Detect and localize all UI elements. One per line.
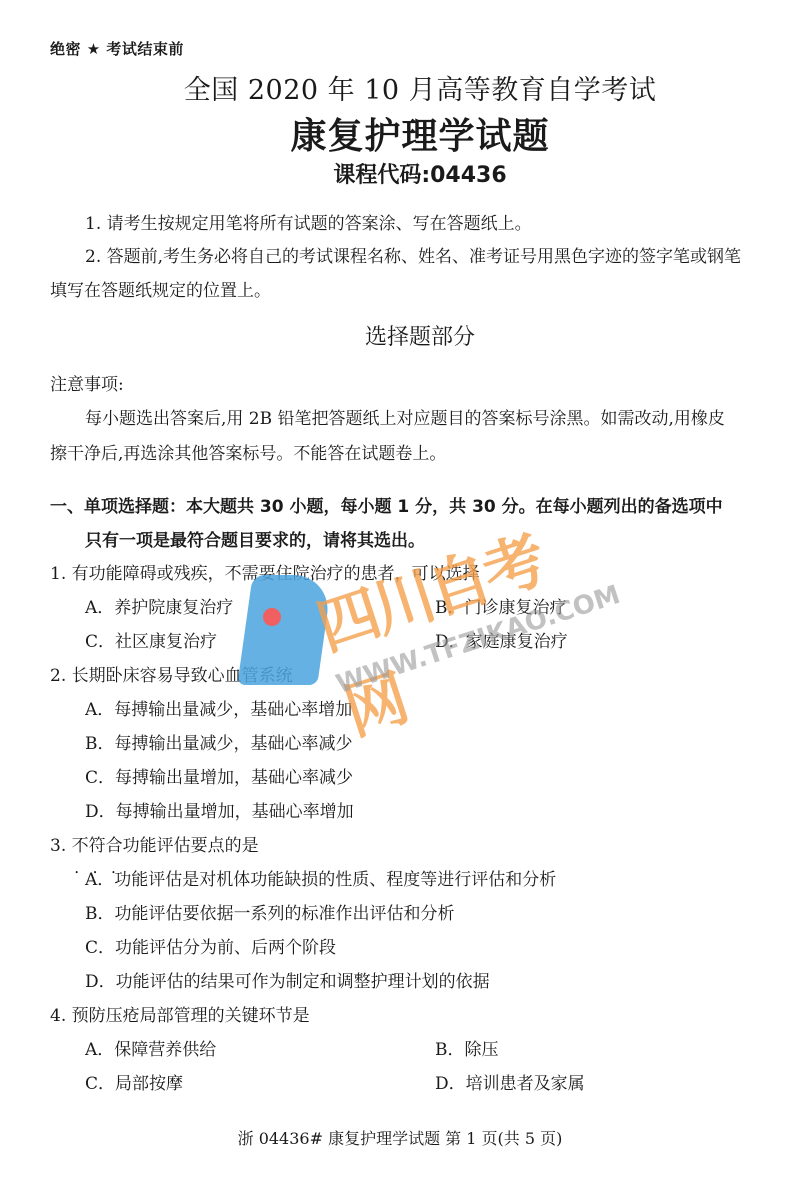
section-heading-cont: 只有一项是最符合题目要求的，请将其选出。: [85, 524, 425, 558]
q1-option-a: A．养护院康复治疗: [85, 591, 233, 625]
question-number: 4.: [50, 1006, 66, 1026]
exam-title: 全国 2020 年 10 月高等教育自学考试: [0, 68, 800, 107]
q3-option-c: C．功能评估分为前、后两个阶段: [85, 931, 336, 965]
question-stem: 功能评估要点的是: [123, 836, 259, 856]
question-number: 3.: [50, 836, 66, 856]
q2-option-a: A．每搏输出量减少，基础心率增加: [85, 693, 352, 727]
question-2: 2. 长期卧床容易导致心血管系统: [50, 659, 293, 693]
q2-option-c: C．每搏输出量增加，基础心率减少: [85, 761, 353, 795]
section-part-title: 选择题部分: [0, 320, 800, 351]
notice-label: 注意事项:: [50, 368, 124, 402]
q2-option-b: B．每搏输出量减少，基础心率减少: [85, 727, 353, 761]
section-heading: 一、单项选择题：本大题共 30 小题，每小题 1 分，共 30 分。在每小题列出…: [50, 490, 723, 524]
notice-text-1: 每小题选出答案后,用 2B 铅笔把答题纸上对应题目的答案标号涂黑。如需改动,用橡…: [85, 402, 725, 436]
q3-option-d: D．功能评估的结果可作为制定和调整护理计划的依据: [85, 965, 490, 999]
course-code: 课程代码:04436: [0, 158, 800, 189]
q1-option-d: D．家庭康复治疗: [435, 625, 568, 659]
instruction-2-cont: 填写在答题纸规定的位置上。: [50, 274, 271, 308]
q3-option-a: A．功能评估是对机体功能缺损的性质、程度等进行评估和分析: [85, 863, 556, 897]
question-4: 4. 预防压疮局部管理的关键环节是: [50, 999, 310, 1033]
question-stem: 有功能障碍或残疾，不需要住院治疗的患者，可以选择: [72, 564, 480, 584]
watermark-dot-icon: [263, 608, 281, 626]
subject-title: 康复护理学试题: [0, 108, 800, 159]
instruction-2: 2. 答题前,考生务必将自己的考试课程名称、姓名、准考证号用黑色字迹的签字笔或钢…: [85, 240, 741, 274]
question-number: 1.: [50, 564, 66, 584]
notice-text-2: 擦干净后,再选涂其他答案标号。不能答在试题卷上。: [50, 437, 446, 471]
page-footer: 浙 04436# 康复护理学试题 第 1 页(共 5 页): [0, 1126, 800, 1149]
q4-option-a: A．保障营养供给: [85, 1033, 216, 1067]
q1-option-c: C．社区康复治疗: [85, 625, 217, 659]
q4-option-b: B．除压: [435, 1033, 499, 1067]
q4-option-c: C．局部按摩: [85, 1067, 183, 1101]
q3-option-b: B．功能评估要依据一系列的标准作出评估和分析: [85, 897, 455, 931]
question-stem: 长期卧床容易导致心血管系统: [72, 666, 293, 686]
question-1: 1. 有功能障碍或残疾，不需要住院治疗的患者，可以选择: [50, 557, 480, 591]
instruction-1: 1. 请考生按规定用笔将所有试题的答案涂、写在答题纸上。: [85, 207, 532, 241]
q4-option-d: D．培训患者及家属: [435, 1067, 585, 1101]
q1-option-b: B．门诊康复治疗: [435, 591, 567, 625]
question-number: 2.: [50, 666, 66, 686]
question-3: 3. 不符合功能评估要点的是: [50, 829, 259, 863]
confidential-label: 绝密 ★ 考试结束前: [50, 38, 184, 59]
question-stem: 预防压疮局部管理的关键环节是: [72, 1006, 310, 1026]
q2-option-d: D．每搏输出量增加，基础心率增加: [85, 795, 354, 829]
question-stem-emphasis: 不符合: [72, 836, 123, 856]
